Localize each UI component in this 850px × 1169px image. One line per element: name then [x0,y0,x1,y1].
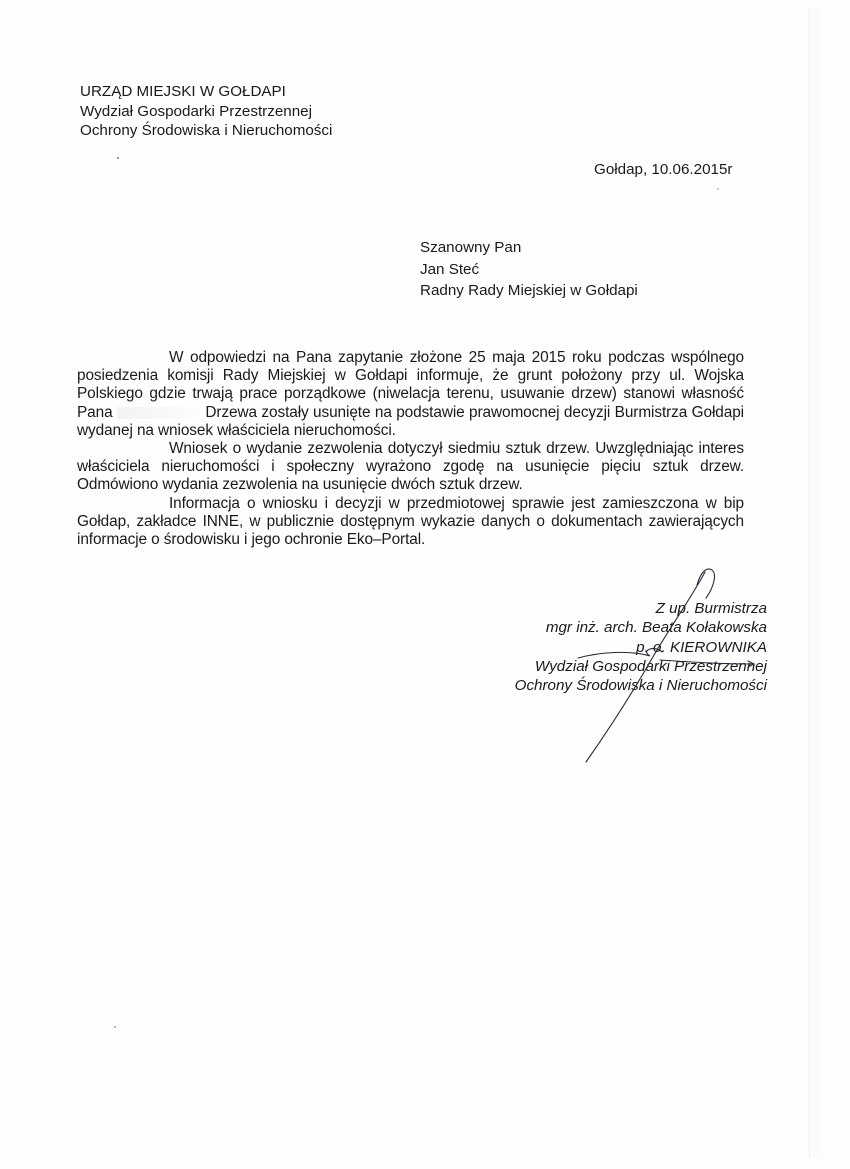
scan-speck [717,188,719,190]
paragraph-1: W odpowiedzi na Pana zapytanie złożone 2… [77,349,744,440]
department-line-2: Ochrony Środowiska i Nieruchomości [80,121,332,141]
salutation: Szanowny Pan [420,237,638,259]
office-name: URZĄD MIEJSKI W GOŁDAPI [80,82,332,102]
department-line-1: Wydział Gospodarki Przestrzennej [80,102,332,122]
date-line: Gołdap, 10.06.2015r [594,161,732,178]
signature-line-2: mgr inż. arch. Beata Kołakowska [515,618,767,637]
recipient-block: Szanowny Pan Jan Steć Radny Rady Miejski… [420,237,638,302]
letter-body: W odpowiedzi na Pana zapytanie złożone 2… [77,349,744,549]
paragraph-2: Wniosek o wydanie zezwolenia dotyczył si… [77,440,744,495]
signature-line-3: p. o. KIEROWNIKA [515,638,767,657]
recipient-title: Radny Rady Miejskiej w Gołdapi [420,280,638,302]
signature-line-1: Z up. Burmistrza [515,599,767,618]
scan-edge-line [809,8,810,1158]
scan-speck [114,1026,116,1028]
redacted-name [117,407,201,419]
signature-line-4: Wydział Gospodarki Przestrzennej [515,657,767,676]
recipient-name: Jan Steć [420,259,638,281]
scan-edge-shadow [808,8,822,1158]
scan-speck [117,157,119,159]
letterhead: URZĄD MIEJSKI W GOŁDAPI Wydział Gospodar… [80,82,332,141]
signature-block: Z up. Burmistrza mgr inż. arch. Beata Ko… [515,599,767,695]
signature-line-5: Ochrony Środowiska i Nieruchomości [515,676,767,695]
paragraph-3: Informacja o wniosku i decyzji w przedmi… [77,495,744,550]
